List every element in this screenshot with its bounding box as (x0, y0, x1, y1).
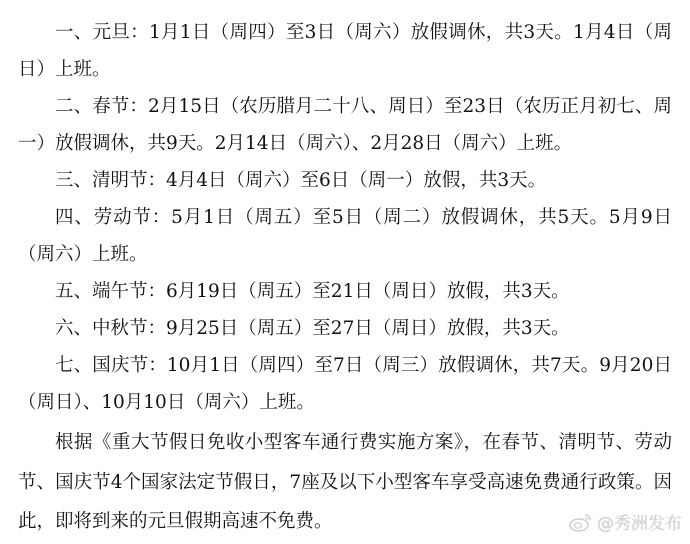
weibo-icon (569, 512, 593, 532)
paragraph-labor-day: 四、劳动节：5月1日（周五）至5日（周二）放假调休，共5天。5月9日（周六）上班… (18, 199, 672, 273)
paragraph-national-day: 七、国庆节：10月1日（周四）至7日（周三）放假调休，共7天。9月20日（周日）… (18, 347, 672, 421)
holiday-notice-document: 一、元旦：1月1日（周四）至3日（周六）放假调休，共3天。1月4日（周日）上班。… (18, 14, 672, 542)
paragraph-spring-festival: 二、春节：2月15日（农历腊月二十八、周日）至23日（农历正月初七、周一）放假调… (18, 88, 672, 162)
weibo-watermark: @秀洲发布 (569, 509, 682, 534)
paragraph-qingming: 三、清明节：4月4日（周六）至6日（周一）放假，共3天。 (18, 162, 672, 199)
paragraph-dragon-boat: 五、端午节：6月19日（周五）至21日（周日）放假，共3天。 (18, 273, 672, 310)
watermark-text: @秀洲发布 (597, 509, 682, 534)
paragraph-mid-autumn: 六、中秋节：9月25日（周五）至27日（周日）放假，共3天。 (18, 310, 672, 347)
paragraph-new-year: 一、元旦：1月1日（周四）至3日（周六）放假调休，共3天。1月4日（周日）上班。 (18, 14, 672, 88)
